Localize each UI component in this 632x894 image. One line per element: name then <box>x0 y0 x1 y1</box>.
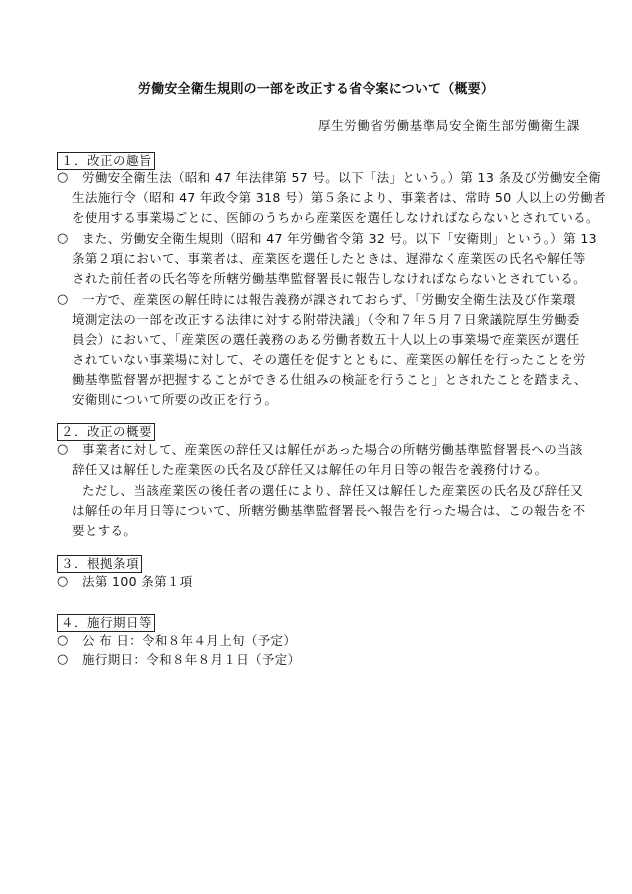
paragraph-line: 法第 100 条第１項 <box>82 574 193 590</box>
section-heading-overview: ２．改正の概要 <box>57 423 155 441</box>
bullet-icon: ○ <box>57 652 68 668</box>
paragraph-line: されていない事業場に対して、その選任を促すとともに、産業医の解任を行ったことを労 <box>72 352 586 368</box>
department-name: 厚生労働省労働基準局安全衛生部労働衛生課 <box>318 116 580 134</box>
paragraph-line: 事業者に対して、産業医の辞任又は解任があった場合の所轄労働基準監督署長への当該 <box>82 442 583 458</box>
bullet-icon: ○ <box>57 231 68 247</box>
promulgation-date: 公 布 日：令和８年４月上旬（予定） <box>82 633 296 649</box>
bullet-icon: ○ <box>57 633 68 649</box>
paragraph-line: 労働安全衛生法（昭和 47 年法律第 57 号。以下「法」という。）第 13 条… <box>82 170 601 186</box>
section-heading-purpose: １．改正の趣旨 <box>57 152 155 170</box>
bullet-icon: ○ <box>57 442 68 458</box>
paragraph-line: 員会）において、「産業医の選任義務のある労働者数五十人以上の事業場で産業医が選任 <box>72 332 580 348</box>
document-page: 労働安全衛生規則の一部を改正する省令案について（概要） 厚生労働省労働基準局安全… <box>0 0 632 894</box>
paragraph-line: 安衛則について所要の改正を行う。 <box>72 392 277 408</box>
paragraph-line: は解任の年月日等について、所轄労働基準監督署長へ報告を行った場合は、この報告を不 <box>72 503 586 519</box>
document-title: 労働安全衛生規則の一部を改正する省令案について（概要） <box>0 78 632 97</box>
paragraph-line: された前任者の氏名等を所轄労働基準監督署長に報告しなければならないとされている。 <box>72 271 586 287</box>
paragraph-line: ただし、当該産業医の後任者の選任により、辞任又は解任した産業医の氏名及び辞任又 <box>82 483 583 499</box>
bullet-icon: ○ <box>57 574 68 590</box>
paragraph-line: 働基準監督署が把握することができる仕組みの検証を行うこと」とされたことを踏まえ、 <box>72 372 587 388</box>
section-heading-legal-basis: ３．根拠条項 <box>57 555 142 573</box>
paragraph-line: 境測定法の一部を改正する法律に対する附帯決議」（令和７年５月７日衆議院厚生労働委 <box>72 312 580 328</box>
paragraph-line: 辞任又は解任した産業医の氏名及び辞任又は解任の年月日等の報告を義務付ける。 <box>72 462 547 478</box>
paragraph-line: 要とする。 <box>72 523 136 539</box>
paragraph-line: また、労働安全衛生規則（昭和 47 年労働省令第 32 号。以下「安衛則」という… <box>82 231 597 247</box>
paragraph-line: 一方で、産業医の解任時には報告義務が課されておらず、「労働安全衛生法及び作業環 <box>82 292 576 308</box>
bullet-icon: ○ <box>57 292 68 308</box>
section-heading-effective-date: ４．施行期日等 <box>57 614 155 632</box>
bullet-icon: ○ <box>57 170 68 186</box>
paragraph-line: 生法施行令（昭和 47 年政令第 318 号）第５条により、事業者は、常時 50… <box>72 190 606 206</box>
enforcement-date: 施行期日：令和８年８月１日（予定） <box>82 652 300 668</box>
paragraph-line: を使用する事業場ごとに、医師のうちから産業医を選任しなければならないとされている… <box>72 210 599 226</box>
paragraph-line: 条第２項において、事業者は、産業医を選任したときは、遅滞なく産業医の氏名や解任等 <box>72 251 586 267</box>
